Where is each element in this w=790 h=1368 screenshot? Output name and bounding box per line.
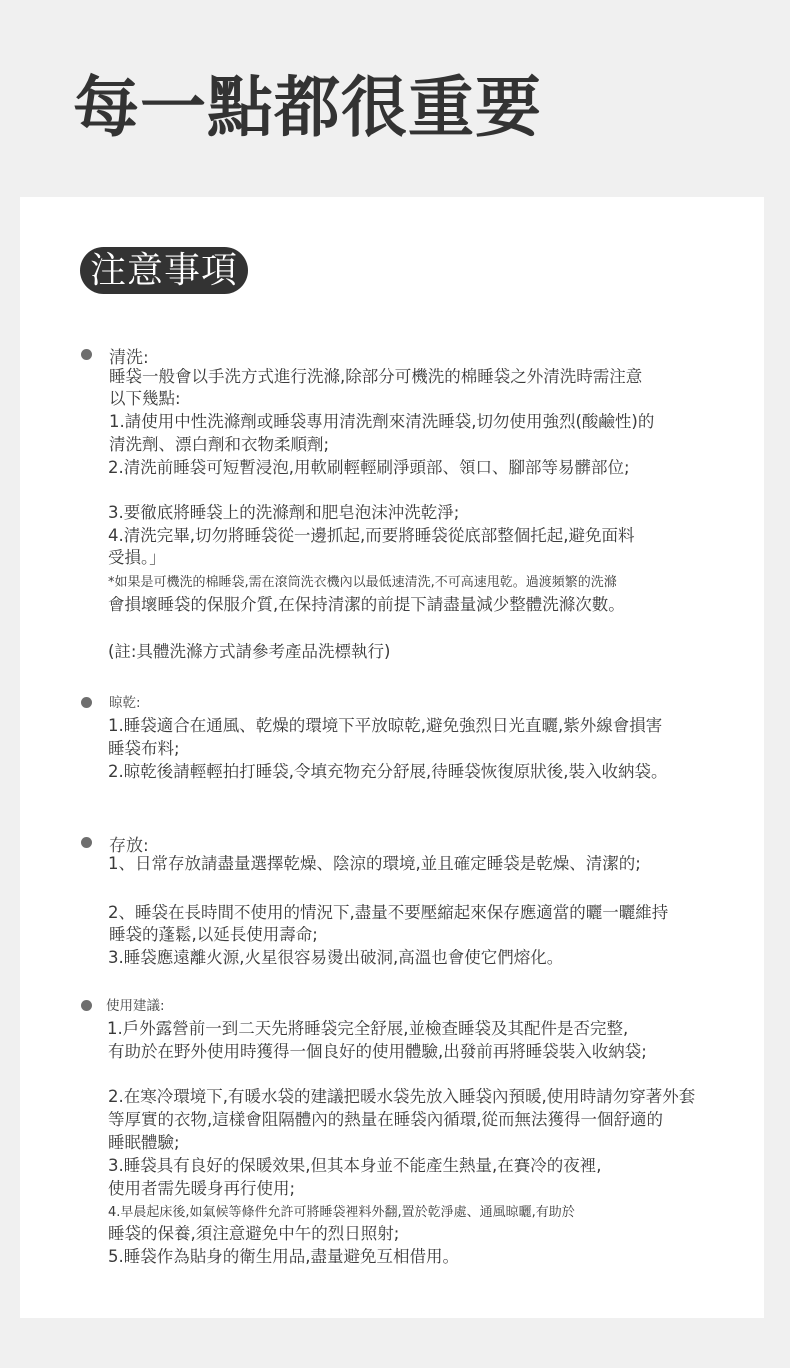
text-line: 1.睡袋適合在通風、乾燥的環境下平放晾乾,避免強烈日光直曬,紫外線會損害 bbox=[108, 715, 662, 737]
text-line: 睡袋的蓬鬆,以延長使用壽命; bbox=[109, 924, 318, 946]
bullet-icon bbox=[81, 1000, 92, 1011]
section-title: 使用建議: bbox=[106, 994, 165, 1014]
footnote-line: 會損壞睡袋的保服介質,在保持清潔的前提下請盡量減少整體洗滌次數。 bbox=[108, 594, 625, 616]
text-line: 睡袋的保養,須注意避免中午的烈日照射; bbox=[108, 1223, 399, 1245]
section-title: 清洗: bbox=[109, 343, 149, 368]
section-title: 晾乾: bbox=[109, 691, 141, 711]
notice-badge: 注意事項 bbox=[80, 247, 248, 294]
text-line: 清洗劑、漂白劑和衣物柔順劑; bbox=[109, 434, 329, 456]
text-line: 受損。」 bbox=[108, 547, 166, 569]
text-line: 3.要徹底將睡袋上的洗滌劑和肥皂泡沫沖洗乾淨; bbox=[108, 502, 459, 524]
text-line: 4.早晨起床後,如氣候等條件允許可將睡袋裡料外翻,置於乾淨處、通風晾曬,有助於 bbox=[108, 1202, 575, 1224]
footnote-line: *如果是可機洗的棉睡袋,需在滾筒洗衣機內以最低速清洗,不可高速甩乾。過渡頻繁的洗… bbox=[108, 572, 617, 594]
text-line: 3.睡袋應遠離火源,火星很容易燙出破洞,高溫也會使它們熔化。 bbox=[108, 947, 563, 969]
text-line: 2.在寒冷環境下,有暖水袋的建議把暖水袋先放入睡袋內預暖,使用時請勿穿著外套 bbox=[108, 1086, 695, 1108]
text-line: 3.睡袋具有良好的保暖效果,但其本身並不能產生熱量,在賽冷的夜裡, bbox=[108, 1155, 601, 1177]
notice-card: 注意事項 清洗: 睡袋一般會以手洗方式進行洗滌,除部分可機洗的棉睡袋之外清洗時需… bbox=[20, 197, 764, 1318]
text-line: 1.戶外露營前一到二天先將睡袋完全舒展,並檢查睡袋及其配件是否完整, bbox=[107, 1018, 628, 1040]
text-line: 睡袋一般會以手洗方式進行洗滌,除部分可機洗的棉睡袋之外清洗時需注意 bbox=[109, 366, 642, 388]
text-line: 2.晾乾後請輕輕拍打睡袋,令填充物充分舒展,待睡袋恢復原狀後,裝入收納袋。 bbox=[108, 761, 667, 783]
text-line: 2、睡袋在長時間不使用的情況下,盡量不要壓縮起來保存應適當的曬一曬維持 bbox=[108, 902, 668, 924]
text-line: 使用者需先暖身再行使用; bbox=[108, 1178, 295, 1200]
text-line: 以下幾點: bbox=[109, 388, 181, 410]
text-line: 等厚實的衣物,這樣會阻隔體內的熱量在睡袋內循環,從而無法獲得一個舒適的 bbox=[108, 1109, 663, 1131]
bullet-icon bbox=[81, 837, 92, 848]
note-line: (註:具體洗滌方式請參考產品洗標執行) bbox=[108, 641, 390, 663]
text-line: 4.清洗完畢,切勿將睡袋從一邊抓起,而要將睡袋從底部整個托起,避免面料 bbox=[108, 525, 634, 547]
bullet-icon bbox=[81, 349, 92, 360]
text-line: 1.請使用中性洗滌劑或睡袋專用清洗劑來清洗睡袋,切勿使用強烈(酸鹼性)的 bbox=[109, 411, 654, 433]
text-line: 睡眠體驗; bbox=[108, 1132, 180, 1154]
text-line: 睡袋布料; bbox=[108, 738, 180, 760]
text-line: 5.睡袋作為貼身的衛生用品,盡量避免互相借用。 bbox=[108, 1246, 459, 1268]
page-title: 每一點都很重要 bbox=[73, 70, 542, 146]
text-line: 2.清洗前睡袋可短暫浸泡,用軟刷輕輕刷淨頭部、領口、腳部等易髒部位; bbox=[108, 457, 630, 479]
text-line: 有助於在野外使用時獲得一個良好的使用體驗,出發前再將睡袋裝入收納袋; bbox=[108, 1041, 647, 1063]
bullet-icon bbox=[81, 697, 92, 708]
text-line: 1、日常存放請盡量選擇乾燥、陰涼的環境,並且確定睡袋是乾燥、清潔的; bbox=[108, 853, 641, 875]
